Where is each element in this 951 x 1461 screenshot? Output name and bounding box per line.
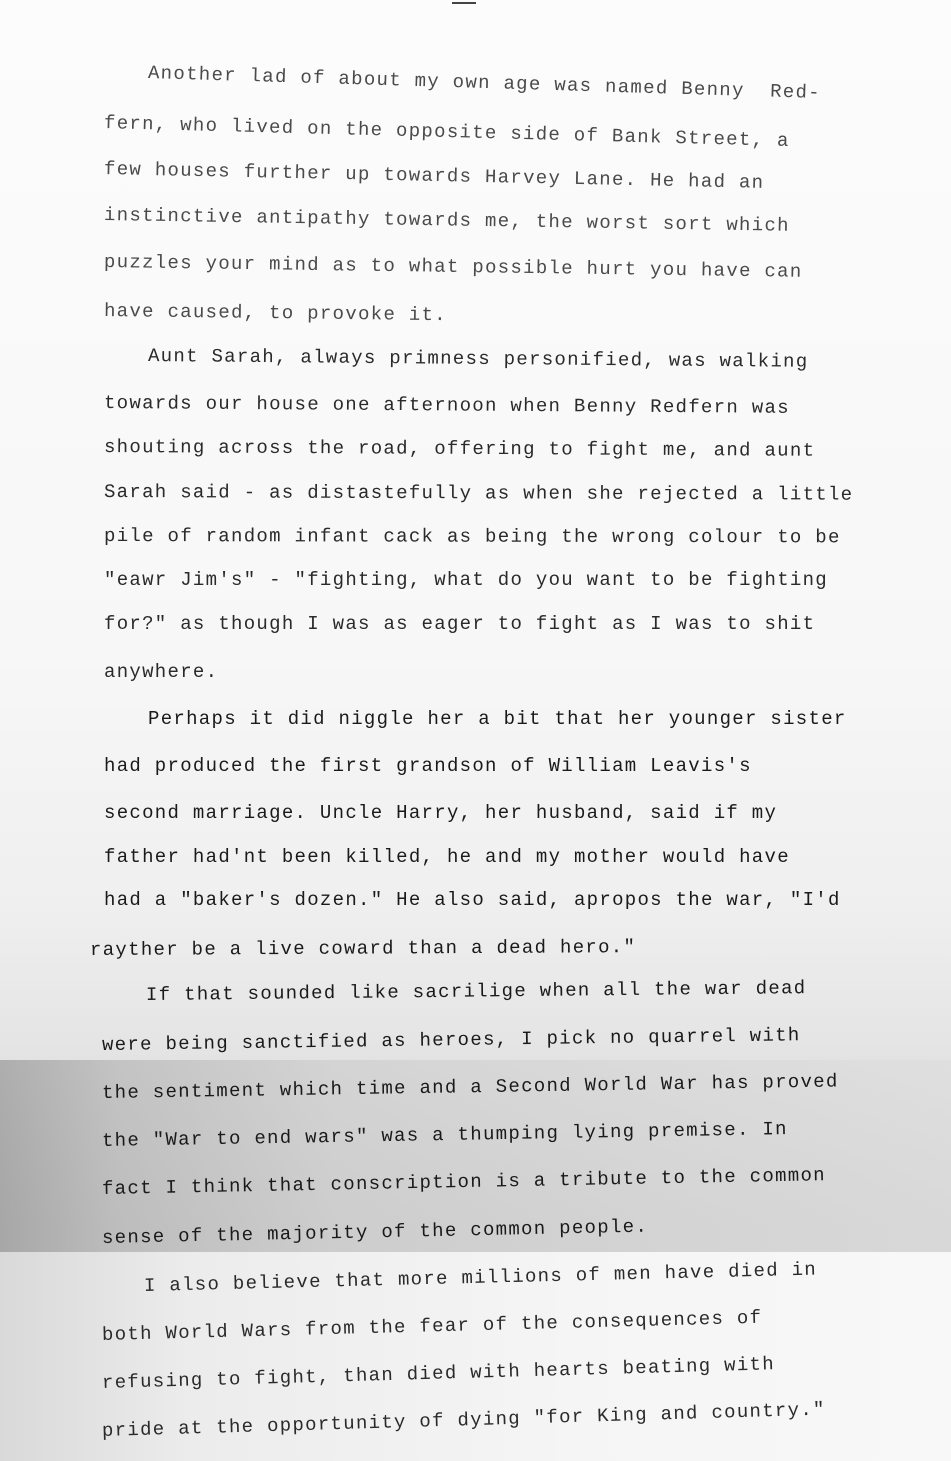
text-line: for?" as though I was as eager to fight … [104, 613, 815, 635]
text-line: "eawr Jim's" - "fighting, what do you wa… [104, 569, 828, 591]
text-line: have caused, to provoke it. [104, 300, 447, 326]
text-line: anywhere. [104, 661, 218, 683]
text-line: shouting across the road, offering to fi… [104, 436, 815, 462]
document-page: Another lad of about my own age was name… [0, 0, 951, 1461]
text-line: fern, who lived on the opposite side of … [104, 112, 790, 152]
page-number-marker [452, 2, 476, 4]
text-line: were being sanctified as heroes, I pick … [102, 1024, 801, 1056]
text-line: pile of random infant cack as being the … [104, 525, 841, 548]
text-line: instinctive antipathy towards me, the wo… [104, 204, 790, 237]
text-line: Another lad of about my own age was name… [148, 62, 822, 104]
text-line: had produced the first grandson of Willi… [104, 755, 752, 777]
text-line: If that sounded like sacrilige when all … [146, 977, 807, 1006]
text-line: father had'nt been killed, he and my mot… [104, 846, 790, 868]
text-line: towards our house one afternoon when Ben… [104, 392, 790, 419]
text-line: Sarah said - as distastefully as when sh… [104, 481, 853, 506]
text-line: puzzles your mind as to what possible hu… [104, 251, 803, 283]
text-line: Perhaps it did niggle her a bit that her… [148, 708, 847, 730]
text-line: Aunt Sarah, always primness personified,… [148, 345, 809, 373]
text-line: second marriage. Uncle Harry, her husban… [104, 802, 777, 824]
text-line: rayther be a live coward than a dead her… [90, 936, 636, 961]
text-line: had a "baker's dozen." He also said, apr… [104, 889, 841, 911]
text-line: few houses further up towards Harvey Lan… [104, 158, 765, 194]
